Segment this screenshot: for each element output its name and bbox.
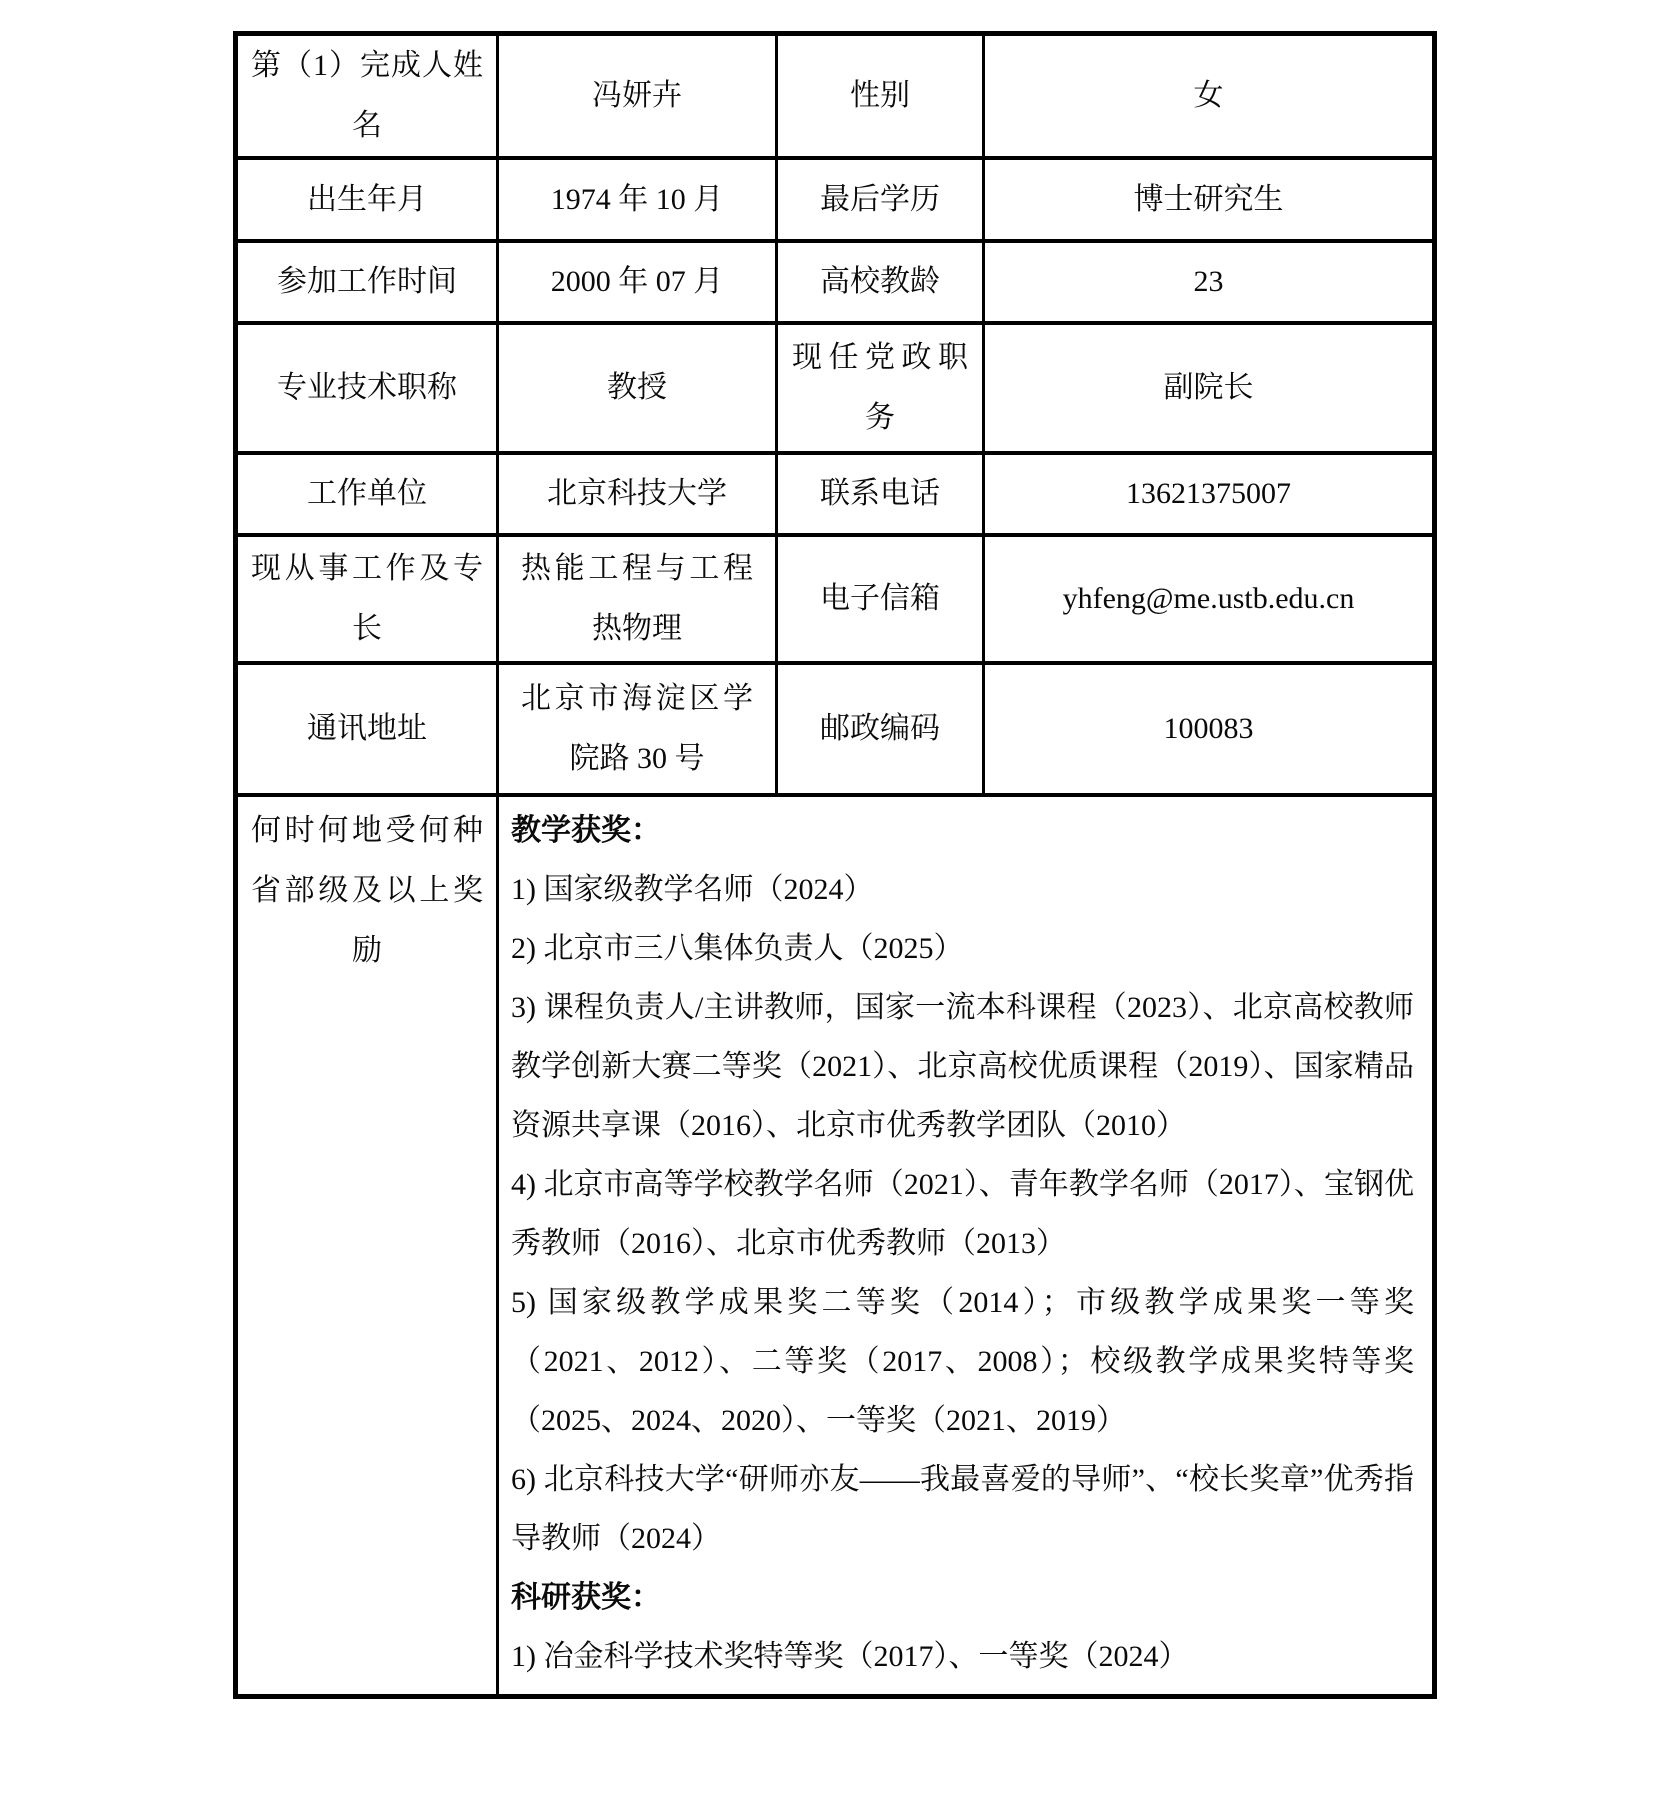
table-row: 现从事工作及专长 热能工程与工程热物理 电子信箱 yhfeng@me.ustb.…	[236, 535, 1435, 663]
award-item: 2) 北京市三八集体负责人（2025）	[511, 919, 1414, 978]
awards-cell: 教学获奖： 1) 国家级教学名师（2024） 2) 北京市三八集体负责人（202…	[498, 795, 1435, 1696]
value-professional-title: 教授	[498, 323, 777, 453]
awards-heading-teaching: 教学获奖：	[511, 801, 1414, 860]
label-party-position: 现任党政职务	[777, 323, 984, 453]
table-row: 参加工作时间 2000 年 07 月 高校教龄 23	[236, 241, 1435, 323]
award-item: 5) 国家级教学成果奖二等奖（2014）；市级教学成果奖一等奖（2021、201…	[511, 1273, 1414, 1450]
value-completer-name: 冯妍卉	[498, 34, 777, 159]
personnel-info-table: 第（1）完成人姓名 冯妍卉 性别 女 出生年月 1974 年 10 月 最后学历…	[233, 31, 1437, 1699]
table-row: 专业技术职称 教授 现任党政职务 副院长	[236, 323, 1435, 453]
value-phone: 13621375007	[984, 453, 1435, 535]
label-postal-code: 邮政编码	[777, 663, 984, 795]
label-awards: 何时何地受何种省部级及以上奖励	[236, 795, 498, 1696]
award-item: 1) 冶金科学技术奖特等奖（2017）、一等奖（2024）	[511, 1627, 1414, 1686]
value-gender: 女	[984, 34, 1435, 159]
value-final-education: 博士研究生	[984, 158, 1435, 241]
label-professional-title: 专业技术职称	[236, 323, 498, 453]
label-current-work: 现从事工作及专长	[236, 535, 498, 663]
value-postal-code: 100083	[984, 663, 1435, 795]
value-birth-date: 1974 年 10 月	[498, 158, 777, 241]
label-teaching-years: 高校教龄	[777, 241, 984, 323]
award-item: 4) 北京市高等学校教学名师（2021）、青年教学名师（2017）、宝钢优秀教师…	[511, 1155, 1414, 1273]
label-gender: 性别	[777, 34, 984, 159]
award-item: 6) 北京科技大学“研师亦友——我最喜爱的导师”、“校长奖章”优秀指导教师（20…	[511, 1450, 1414, 1568]
table-row: 工作单位 北京科技大学 联系电话 13621375007	[236, 453, 1435, 535]
award-item: 3) 课程负责人/主讲教师，国家一流本科课程（2023）、北京高校教师教学创新大…	[511, 978, 1414, 1155]
table-row-awards: 何时何地受何种省部级及以上奖励 教学获奖： 1) 国家级教学名师（2024） 2…	[236, 795, 1435, 1696]
award-item: 1) 国家级教学名师（2024）	[511, 860, 1414, 919]
awards-heading-research: 科研获奖：	[511, 1568, 1414, 1627]
table-row: 第（1）完成人姓名 冯妍卉 性别 女	[236, 34, 1435, 159]
label-work-start-date: 参加工作时间	[236, 241, 498, 323]
value-employer: 北京科技大学	[498, 453, 777, 535]
value-teaching-years: 23	[984, 241, 1435, 323]
label-phone: 联系电话	[777, 453, 984, 535]
label-employer: 工作单位	[236, 453, 498, 535]
value-work-start-date: 2000 年 07 月	[498, 241, 777, 323]
label-email: 电子信箱	[777, 535, 984, 663]
value-current-work: 热能工程与工程热物理	[498, 535, 777, 663]
value-email: yhfeng@me.ustb.edu.cn	[984, 535, 1435, 663]
table-row: 通讯地址 北京市海淀区学院路 30 号 邮政编码 100083	[236, 663, 1435, 795]
label-mailing-address: 通讯地址	[236, 663, 498, 795]
document-page: 第（1）完成人姓名 冯妍卉 性别 女 出生年月 1974 年 10 月 最后学历…	[0, 0, 1654, 1806]
label-birth-date: 出生年月	[236, 158, 498, 241]
label-completer-name: 第（1）完成人姓名	[236, 34, 498, 159]
value-party-position: 副院长	[984, 323, 1435, 453]
table-row: 出生年月 1974 年 10 月 最后学历 博士研究生	[236, 158, 1435, 241]
label-final-education: 最后学历	[777, 158, 984, 241]
value-mailing-address: 北京市海淀区学院路 30 号	[498, 663, 777, 795]
